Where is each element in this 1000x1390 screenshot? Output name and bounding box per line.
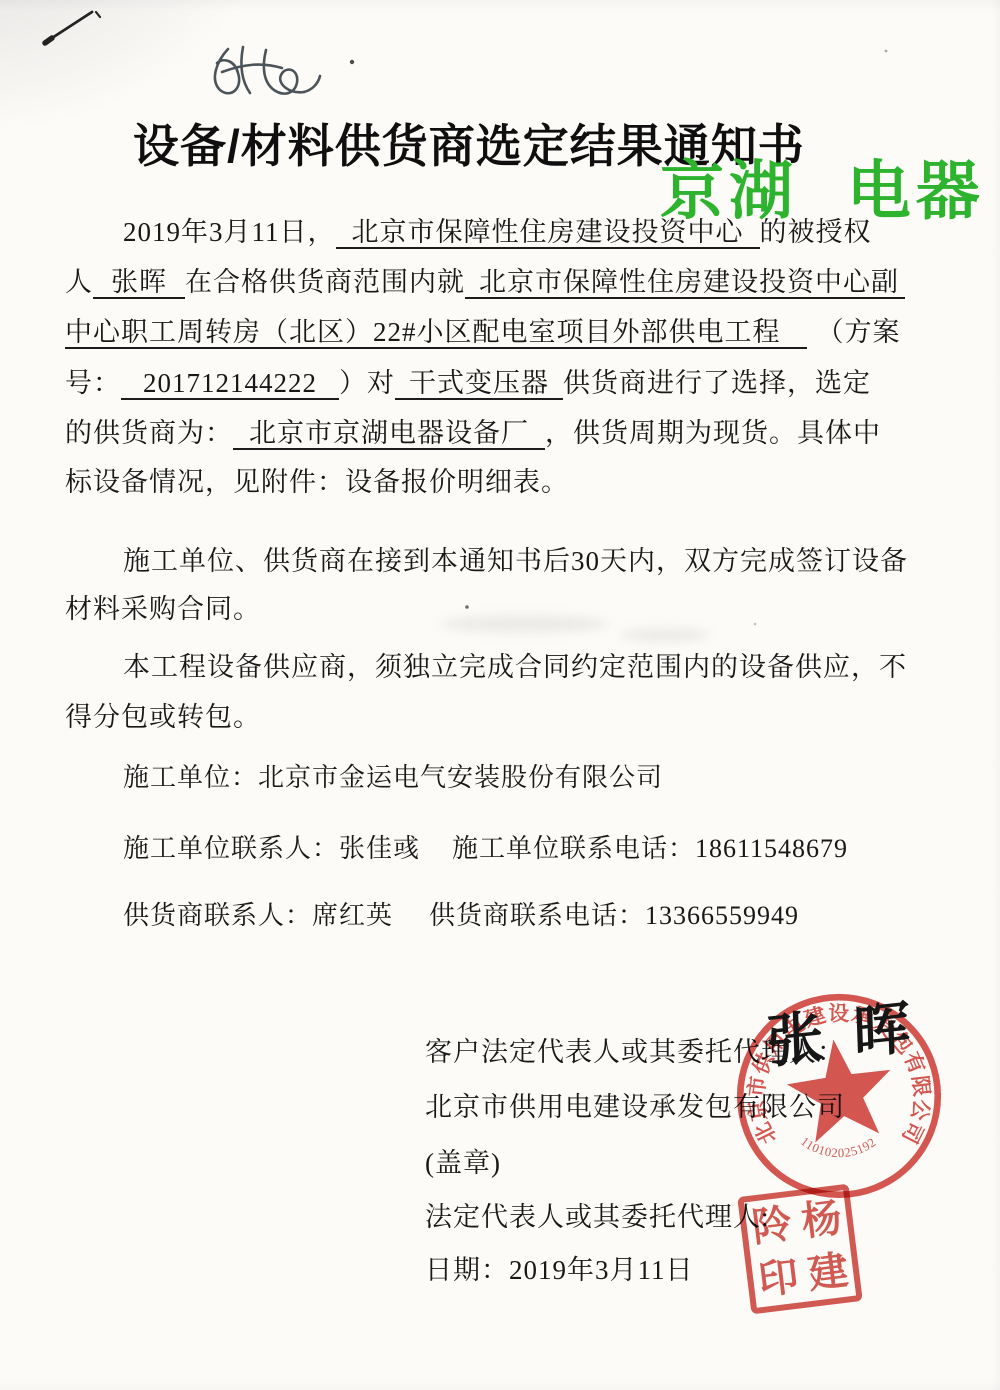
para1-line4: 号：201712144222）对干式变压器供货商进行了选择，选定 bbox=[65, 367, 871, 401]
text-run: 号： bbox=[65, 368, 121, 398]
para3-line1: 本工程设备供应商，须独立完成合同约定范围内的设备供应，不 bbox=[123, 651, 907, 685]
text-run: ）对 bbox=[339, 368, 395, 398]
underlined-blank-supplier-name: 北京市京湖电器设备厂 bbox=[233, 418, 545, 450]
text-run: （方案 bbox=[817, 317, 901, 347]
signature-line-3: (盖章) bbox=[425, 1147, 501, 1181]
para3-line2: 得分包或转包。 bbox=[65, 701, 261, 735]
ink-speck bbox=[885, 50, 888, 53]
ink-speck bbox=[350, 60, 354, 64]
underlined-blank-project-2: 中心职工周转房（北区）22#小区配电室项目外部供电工程 bbox=[65, 317, 807, 349]
ink-speck bbox=[754, 623, 757, 626]
seal-char: 建 bbox=[806, 1250, 851, 1295]
unit-contact-line: 施工单位联系人：张佳彧施工单位联系电话：18611548679 bbox=[123, 833, 848, 866]
signature-line-5: 日期：2019年3月11日 bbox=[425, 1254, 694, 1288]
seal-char: 印 bbox=[756, 1256, 801, 1301]
underlined-blank-agent-name: 张晖 bbox=[93, 267, 185, 299]
para1-line6: 标设备情况，见附件：设备报价明细表。 bbox=[65, 466, 569, 500]
text-run: 在合格供货商范围内就 bbox=[185, 267, 465, 297]
supplier-contact-phone: 供货商联系电话：13366559949 bbox=[429, 900, 799, 933]
text-run: ，供货周期为现货。具体中 bbox=[545, 418, 881, 448]
para1-line5: 的供货商为：北京市京湖电器设备厂，供货周期为现货。具体中 bbox=[65, 417, 881, 451]
unit-contact-name: 施工单位联系人：张佳彧 bbox=[123, 834, 420, 863]
text-run: 的供货商为： bbox=[65, 418, 233, 448]
construction-unit-line: 施工单位：北京市金运电气安装股份有限公司 bbox=[123, 762, 663, 795]
para2-line2: 材料采购合同。 bbox=[65, 593, 261, 627]
text-run: 标设备情况，见附件：设备报价明细表。 bbox=[65, 467, 569, 497]
para1-line2: 人张晖在合格供货商范围内就北京市保障性住房建设投资中心副 bbox=[65, 266, 905, 300]
pen-arrow-mark bbox=[45, 12, 100, 43]
signature-line-4: 法定代表人或其委托代理人: bbox=[425, 1201, 770, 1235]
green-watermark: 京湖 电器 bbox=[660, 140, 985, 232]
underlined-blank-project-1: 北京市保障性住房建设投资中心副 bbox=[465, 267, 905, 299]
ink-speck bbox=[465, 605, 469, 609]
underlined-blank-equipment-type: 干式变压器 bbox=[395, 368, 563, 400]
unit-contact-phone: 施工单位联系电话：18611548679 bbox=[452, 833, 848, 866]
text-run: 供货商进行了选择，选定 bbox=[563, 368, 871, 398]
underlined-blank-plan-number: 201712144222 bbox=[121, 368, 339, 400]
supplier-contact-name: 供货商联系人：席红英 bbox=[123, 901, 393, 930]
para1-line3: 中心职工周转房（北区）22#小区配电室项目外部供电工程（方案 bbox=[65, 316, 901, 350]
para2-line1: 施工单位、供货商在接到本通知书后30天内，双方完成签订设备 bbox=[123, 545, 908, 579]
pen-scribble bbox=[215, 47, 320, 94]
seal-char: 杨 bbox=[799, 1197, 844, 1242]
text-run: 人 bbox=[65, 267, 93, 297]
seal-char: 阾 bbox=[750, 1203, 795, 1248]
document-page: 京湖 电器 设备/材料供货商选定结果通知书 2019年3月11日，北京市保障性住… bbox=[0, 0, 1000, 1390]
scan-smudge bbox=[440, 615, 610, 633]
square-name-seal: 阾 杨 印 建 bbox=[737, 1184, 863, 1315]
supplier-contact-line: 供货商联系人：席红英供货商联系电话：13366559949 bbox=[123, 900, 799, 933]
text-run: 2019年3月11日， bbox=[123, 217, 336, 247]
scan-smudge bbox=[620, 628, 710, 642]
